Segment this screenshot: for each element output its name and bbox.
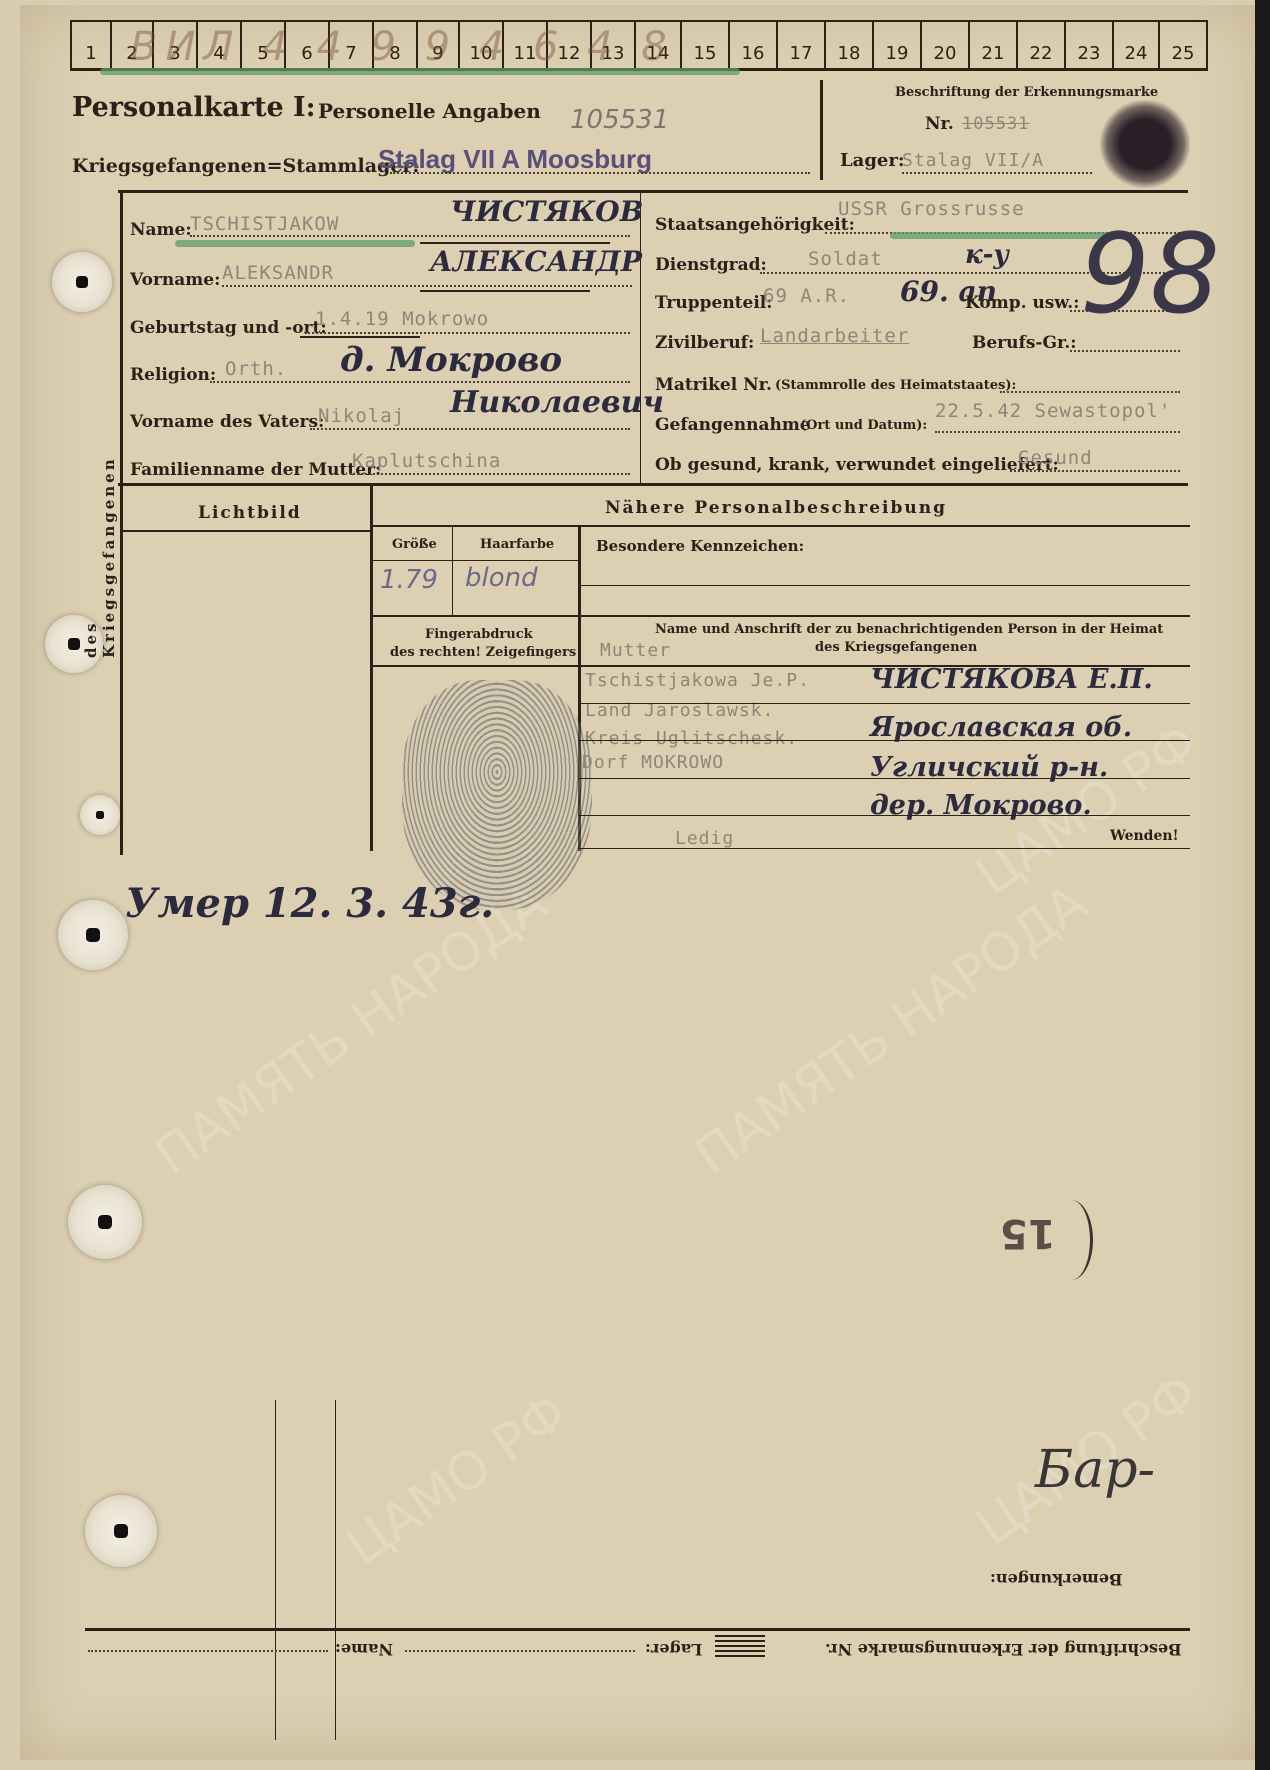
- dotted-line: [305, 332, 630, 334]
- bemerkungen-label: Bemerkungen:: [990, 1570, 1123, 1589]
- rule: [578, 703, 1190, 704]
- green-marker-stroke: [100, 68, 740, 75]
- ink-stamp-blot: [1100, 100, 1190, 188]
- punch-hole: [80, 795, 120, 835]
- mutter-label: Familienname der Mutter:: [130, 460, 381, 480]
- column-number-cell: 19: [874, 22, 922, 68]
- matrikel-note: (Stammrolle des Heimatstaates):: [775, 378, 1016, 393]
- kontakt-handwritten-line: дер. Мокрово.: [870, 790, 1092, 821]
- gesund-typed: Gesund: [1018, 447, 1093, 469]
- komp-label: Komp. usw.:: [965, 293, 1080, 313]
- dotted-line: [902, 172, 1092, 174]
- punch-hole: [85, 1495, 157, 1567]
- name-label: Name:: [130, 220, 192, 240]
- kontakt-typed-line: Tschistjakowa Je.P.: [585, 670, 810, 691]
- bracket-mark: [1050, 1200, 1093, 1280]
- underline: [420, 242, 610, 244]
- kontakt-handwritten-line: Ярославская об.: [870, 712, 1132, 743]
- kontakt-typed-line: Dorf MOKROWO: [582, 752, 724, 773]
- reverse-lager-label: Lager:: [645, 1640, 702, 1659]
- tag-lager-value: Stalag VII/A: [902, 150, 1044, 171]
- column-number-cell: 17: [778, 22, 826, 68]
- column-number-cell: 23: [1066, 22, 1114, 68]
- divider: [640, 190, 641, 483]
- vater-typed: Nikolaj: [318, 405, 405, 427]
- geburt-label: Geburtstag und -ort:: [130, 318, 327, 338]
- name-typed: TSCHISTJAKOW: [190, 213, 339, 235]
- finger-label: Fingerabdruck: [425, 627, 533, 642]
- dienstgrad-handwritten: к-у: [965, 240, 1009, 270]
- green-marker-stroke: [175, 240, 415, 247]
- column-number-cell: 18: [826, 22, 874, 68]
- staat-typed: USSR Grossrusse: [838, 198, 1025, 220]
- rule: [578, 740, 1190, 741]
- gefangen-typed: 22.5.42 Sewastopol': [935, 400, 1171, 422]
- truppe-label: Truppenteil:: [655, 293, 773, 313]
- faint-handwritten-number: ВИЛ 4 4 9 9 4 6 4 8: [130, 24, 675, 70]
- wenden-label: Wenden!: [1110, 828, 1179, 844]
- divider: [820, 80, 823, 180]
- religion-handwritten: д. Мокрово: [340, 340, 562, 380]
- column-number-cell: 22: [1018, 22, 1066, 68]
- gefangen-note: (Ort und Datum):: [800, 418, 927, 433]
- kontakt-typed-line: Mutter: [600, 640, 671, 661]
- zivil-typed: Landarbeiter: [760, 325, 909, 347]
- column-number-cell: 20: [922, 22, 970, 68]
- margin-handwritten-mark: 98: [1080, 210, 1220, 338]
- tag-nr-label: Nr.: [925, 114, 954, 134]
- rule: [120, 530, 370, 532]
- rule: [578, 815, 1190, 816]
- stamped-number: 15: [1000, 1210, 1056, 1256]
- lines-block: [715, 1635, 765, 1657]
- signature: Бар-: [1035, 1440, 1155, 1500]
- reverse-name-label: Name:: [335, 1640, 393, 1659]
- rule: [118, 190, 1188, 193]
- handwritten-card-number: 105531: [570, 105, 669, 135]
- dotted-line: [405, 1650, 635, 1652]
- kontakt-header: Name und Anschrift der zu benachrichtige…: [655, 622, 1163, 637]
- dienstgrad-typed: Soldat: [808, 248, 883, 270]
- dotted-line: [88, 1650, 328, 1652]
- berufs-label: Berufs-Gr.:: [972, 333, 1077, 353]
- ledig-typed: Ledig: [675, 828, 734, 849]
- truppe-typed: 69 A.R.: [763, 285, 850, 307]
- dotted-line: [210, 381, 630, 383]
- column-number-cell: 15: [682, 22, 730, 68]
- kontakt-handwritten-line: ЧИСТЯКОВА Е.П.: [870, 664, 1153, 695]
- camp-label: Kriegsgefangenen=Stammlager:: [72, 155, 419, 177]
- rule: [578, 778, 1190, 779]
- column-number-cell: 24: [1114, 22, 1160, 68]
- haar-value: blond: [465, 563, 538, 593]
- dienstgrad-label: Dienstgrad:: [655, 255, 767, 275]
- dotted-line: [350, 473, 630, 475]
- lichtbild-label: Lichtbild: [198, 503, 302, 523]
- vorname-handwritten: АЛЕКСАНДР: [430, 245, 642, 278]
- card-subtitle: Personelle Angaben: [318, 99, 541, 123]
- tag-heading: Beschriftung der Erkennungsmarke: [895, 85, 1158, 100]
- rule: [118, 483, 1188, 486]
- groesse-value: 1.79: [380, 565, 438, 595]
- dotted-line: [1070, 350, 1180, 352]
- card-title: Personalkarte I:: [72, 92, 316, 123]
- groesse-label: Größe: [392, 537, 437, 552]
- dotted-line: [390, 172, 810, 174]
- name-handwritten: ЧИСТЯКОВ: [450, 195, 643, 228]
- haar-label: Haarfarbe: [480, 537, 554, 552]
- description-header: Nähere Personalbeschreibung: [605, 498, 947, 518]
- finger-label-2: des rechten! Zeigefingers: [390, 645, 576, 660]
- divider: [452, 525, 453, 615]
- fingerprint-image: [402, 680, 592, 910]
- kennzeichen-label: Besondere Kennzeichen:: [596, 537, 804, 555]
- rule: [578, 848, 1190, 849]
- camp-stamp: Stalag VII A Moosburg: [378, 144, 652, 175]
- side-label: des Kriegsgefangenen: [82, 418, 118, 658]
- punch-hole: [68, 1185, 142, 1259]
- tag-lager-label: Lager:: [840, 150, 905, 171]
- punch-hole: [52, 252, 112, 312]
- column-number-cell: 25: [1160, 22, 1208, 68]
- underline: [300, 336, 420, 338]
- rule: [370, 615, 1190, 617]
- rule: [578, 585, 1190, 586]
- reverse-tag-label: Beschriftung der Erkennungsmarke Nr.: [825, 1640, 1182, 1659]
- left-border: [120, 190, 123, 855]
- kontakt-typed-line: Kreis Uglitschesk.: [585, 728, 798, 749]
- matrikel-label: Matrikel Nr.: [655, 375, 772, 395]
- dotted-line: [1000, 391, 1180, 393]
- dotted-line: [1010, 470, 1180, 472]
- pencil-line: [335, 1400, 336, 1740]
- gefangen-label: Gefangennahme: [655, 415, 811, 435]
- divider: [370, 483, 373, 851]
- rule: [370, 525, 1190, 527]
- mutter-typed: Kaplutschina: [352, 450, 501, 472]
- pencil-line: [275, 1400, 276, 1740]
- vater-label: Vorname des Vaters:: [130, 412, 324, 432]
- death-note-handwritten: Умер 12. 3. 43г.: [125, 880, 494, 927]
- dotted-line: [222, 285, 632, 287]
- column-number-cell: 1: [72, 22, 112, 68]
- column-number-cell: 16: [730, 22, 778, 68]
- gesund-label: Ob gesund, krank, verwundet eingeliefert…: [655, 455, 1059, 475]
- column-number-cell: 21: [970, 22, 1018, 68]
- green-marker-stroke: [890, 232, 1110, 239]
- zivil-label: Zivilberuf:: [655, 333, 754, 353]
- dotted-line: [935, 431, 1180, 433]
- geburt-typed: 1.4.19 Mokrowo: [315, 308, 489, 330]
- rule: [370, 560, 578, 561]
- scan-edge: [1255, 0, 1270, 1770]
- vorname-typed: ALEKSANDR: [222, 262, 334, 284]
- vorname-label: Vorname:: [130, 270, 220, 290]
- tag-nr-value: 105531: [962, 114, 1029, 134]
- punch-hole: [58, 900, 128, 970]
- dotted-line: [190, 235, 630, 237]
- dotted-line: [310, 428, 630, 430]
- kontakt-header-2: des Kriegsgefangenen: [815, 640, 977, 655]
- religion-typed: Orth.: [225, 358, 287, 380]
- vater-handwritten: Николаевич: [450, 385, 664, 420]
- rule: [85, 1628, 1190, 1631]
- religion-label: Religion:: [130, 365, 216, 385]
- underline: [420, 290, 590, 292]
